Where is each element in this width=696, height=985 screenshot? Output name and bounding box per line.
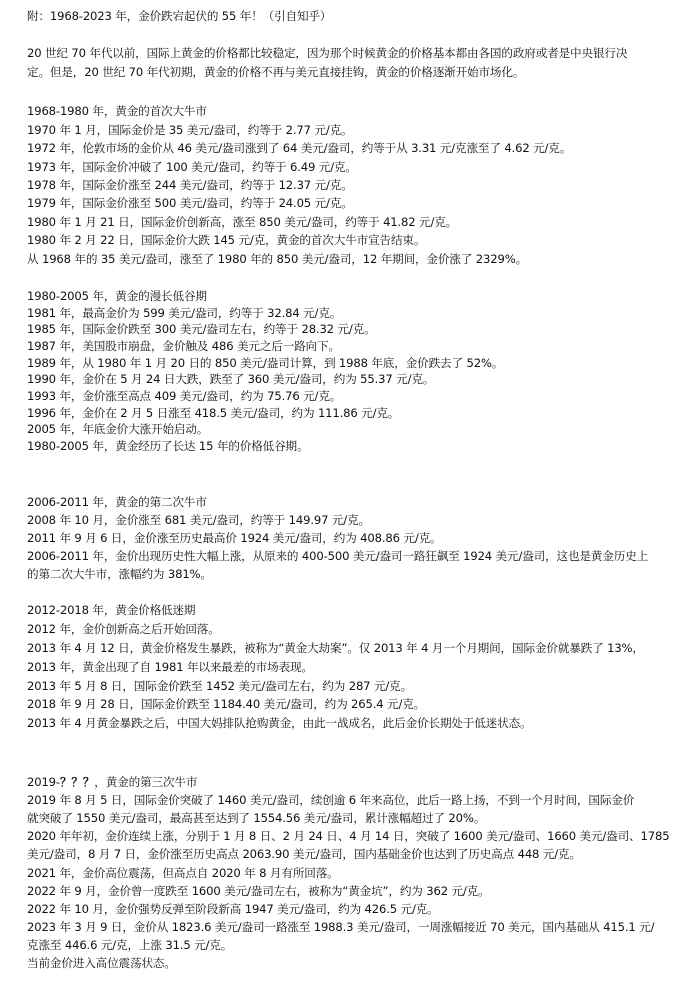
section-line: 2019 年 8 月 5 日，国际金价突破了 1460 美元/盎司，续创逾 6 … [27, 791, 677, 809]
section-line: 1973 年，国际金价冲破了 100 美元/盎司，约等于 6.49 元/克。 [27, 158, 677, 176]
section-line: 2022 年 9 月，金价曾一度跌至 1600 美元/盎司左右，被称为“黄金坑”… [27, 882, 677, 900]
section-line: 1970 年 1 月，国际金价是 35 美元/盎司，约等于 2.77 元/克。 [27, 121, 677, 139]
document-page: 附：1968-2023 年，金价跌宕起伏的 55 年！（引自知乎） 20 世纪 … [0, 0, 696, 985]
section-line: 2013 年，黄金出现了自 1981 年以来最差的市场表现。 [27, 658, 677, 676]
section-heading: 2012-2018 年，黄金价格低迷期 [27, 601, 677, 619]
section-line: 1972 年，伦敦市场的金价从 46 美元/盎司涨到了 64 美元/盎司，约等于… [27, 139, 677, 157]
section-line: 2006-2011 年，金价出现历史性大幅上涨，从原来的 400-500 美元/… [27, 547, 677, 565]
section-line: 的第二次大牛市，涨幅约为 381%。 [27, 565, 677, 583]
section-line: 1980-2005 年，黄金经历了长达 15 年的价格低谷期。 [27, 437, 677, 455]
section-line: 2012 年，金价创新高之后开始回落。 [27, 620, 677, 638]
section-heading: 2006-2011 年，黄金的第二次牛市 [27, 493, 677, 511]
intro-line: 20 世纪 70 年代以前，国际上黄金的价格都比较稳定，因为那个时候黄金的价格基… [27, 44, 677, 62]
section-line: 2013 年 4 月 12 日，黄金价格发生暴跌，被称为“黄金大劫案”。仅 20… [27, 639, 677, 657]
section-line: 1980 年 1 月 21 日，国际金价创新高，涨至 850 美元/盎司，约等于… [27, 213, 677, 231]
section-line: 1990 年，金价在 5 月 24 日大跌，跌至了 360 美元/盎司，约为 5… [27, 370, 677, 388]
section-line: 1993 年，金价涨至高点 409 美元/盎司，约为 75.76 元/克。 [27, 387, 677, 405]
section-heading: 1968-1980 年，黄金的首次大牛市 [27, 102, 677, 120]
section-line: 就突破了 1550 美元/盎司，最高甚至达到了 1554.56 美元/盎司，累计… [27, 809, 677, 827]
section-line: 2005 年，年底金价大涨开始启动。 [27, 420, 677, 438]
heading-question-marks: ？？？ [60, 775, 94, 789]
section-heading: 1980-2005 年，黄金的漫长低谷期 [27, 287, 677, 305]
section-line: 1985 年，国际金价跌至 300 美元/盎司左右，约等于 28.32 元/克。 [27, 320, 677, 338]
section-line: 从 1968 年的 35 美元/盎司，涨至了 1980 年的 850 美元/盎司… [27, 250, 677, 268]
section-line: 1980 年 2 月 22 日，国际金价大跌 145 元/克，黄金的首次大牛市宣… [27, 231, 677, 249]
heading-prefix: 2019- [27, 775, 60, 789]
intro-line: 定。但是，20 世纪 70 年代初期，黄金的价格不再与美元直接挂钩，黄金的价格逐… [27, 63, 677, 81]
section-line: 美元/盎司，8 月 7 日，金价涨至历史高点 2063.90 美元/盎司，国内基… [27, 845, 677, 863]
section-line: 2013 年 4 月黄金暴跌之后，中国大妈排队抢购黄金，由此一战成名，此后金价长… [27, 714, 677, 732]
section-line: 2021 年，金价高位震荡，但高点自 2020 年 8 月有所回落。 [27, 864, 677, 882]
section-line: 1979 年，国际金价涨至 500 美元/盎司，约等于 24.05 元/克。 [27, 194, 677, 212]
section-line: 2023 年 3 月 9 日，金价从 1823.6 美元/盎司一路涨至 1988… [27, 918, 677, 936]
section-line: 克涨至 446.6 元/克，上涨 31.5 元/克。 [27, 936, 677, 954]
section-line: 2018 年 9 月 28 日，国际金价跌至 1184.40 美元/盎司，约为 … [27, 695, 677, 713]
section-line: 2013 年 5 月 8 日，国际金价跌至 1452 美元/盎司左右，约为 28… [27, 677, 677, 695]
section-line: 2022 年 10 月，金价强势反弹至阶段新高 1947 美元/盎司，约为 42… [27, 900, 677, 918]
section-line: 1978 年，国际金价涨至 244 美元/盎司，约等于 12.37 元/克。 [27, 176, 677, 194]
document-title: 附：1968-2023 年，金价跌宕起伏的 55 年！（引自知乎） [27, 7, 677, 25]
section-line: 当前金价进入高位震荡状态。 [27, 954, 677, 972]
section-line: 1987 年，美国股市崩盘，金价触及 486 美元之后一路向下。 [27, 337, 677, 355]
section-heading: 2019-？？？，黄金的第三次牛市 [27, 773, 677, 791]
heading-suffix: ，黄金的第三次牛市 [94, 775, 197, 789]
section-line: 2008 年 10 月，金价涨至 681 美元/盎司，约等于 149.97 元/… [27, 511, 677, 529]
section-line: 2020 年年初，金价连续上涨，分别于 1 月 8 日、2 月 24 日、4 月… [27, 827, 677, 845]
section-line: 2011 年 9 月 6 日，金价涨至历史最高价 1924 美元/盎司，约为 4… [27, 529, 677, 547]
